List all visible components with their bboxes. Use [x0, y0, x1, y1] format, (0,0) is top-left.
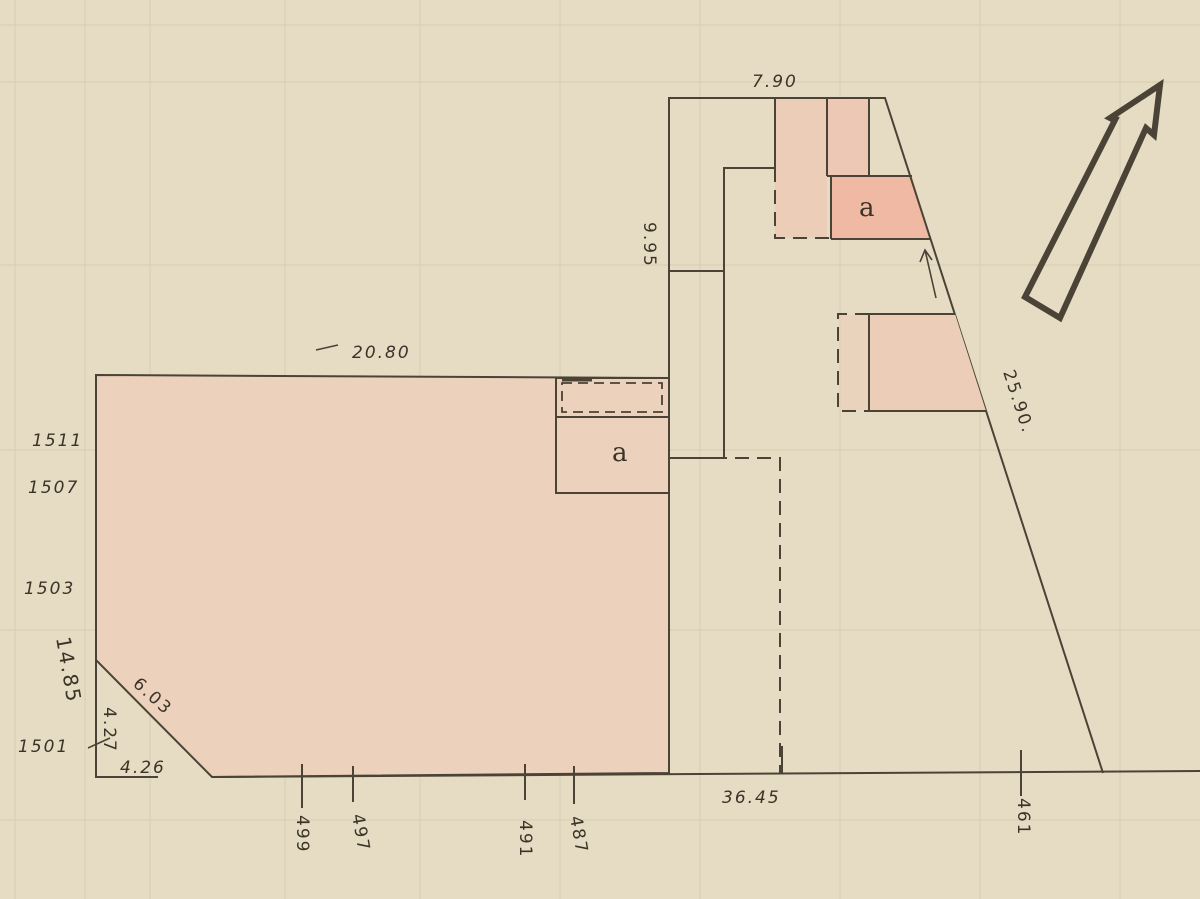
street-number-461: 461 [1013, 798, 1033, 836]
north-arrow-icon [1025, 85, 1160, 318]
building-middle-right [869, 314, 986, 411]
dim-corner-horizontal: 4.26 [120, 758, 166, 778]
dim-top-width: 7.90 [752, 72, 798, 92]
building-top-right-a [827, 98, 869, 176]
street-number-491: 491 [515, 820, 535, 858]
main-lot [96, 375, 669, 777]
left-label-1503: 1503 [24, 579, 75, 599]
left-label-1507: 1507 [28, 478, 79, 498]
street-number-499: 499 [292, 815, 312, 853]
building-l-strip [669, 98, 775, 458]
dim-corner-side: 14.85 [51, 635, 86, 705]
room-a-right-fill [831, 176, 930, 239]
dim-bottom-frontage: 36.45 [722, 788, 781, 808]
building-top-middle [775, 98, 827, 238]
dim-inner-vertical: 9.95 [639, 222, 659, 268]
left-label-1501: 1501 [18, 737, 69, 757]
direction-arrow-icon [920, 250, 936, 298]
dim-left-wing-top: 20.80 [352, 343, 411, 363]
survey-plan: a a 7.90 20.80 9.95 25.90. 36.45 14.85 6… [0, 0, 1200, 899]
dim-diagonal-right: 25.90. [998, 367, 1037, 436]
dim-corner-vertical: 4.27 [99, 707, 119, 753]
street-number-497: 497 [347, 812, 373, 853]
room-label-a-left: a [612, 438, 628, 468]
left-label-1511: 1511 [32, 431, 83, 451]
room-label-a-right: a [859, 193, 875, 223]
dashed-outline-lower [669, 458, 780, 773]
